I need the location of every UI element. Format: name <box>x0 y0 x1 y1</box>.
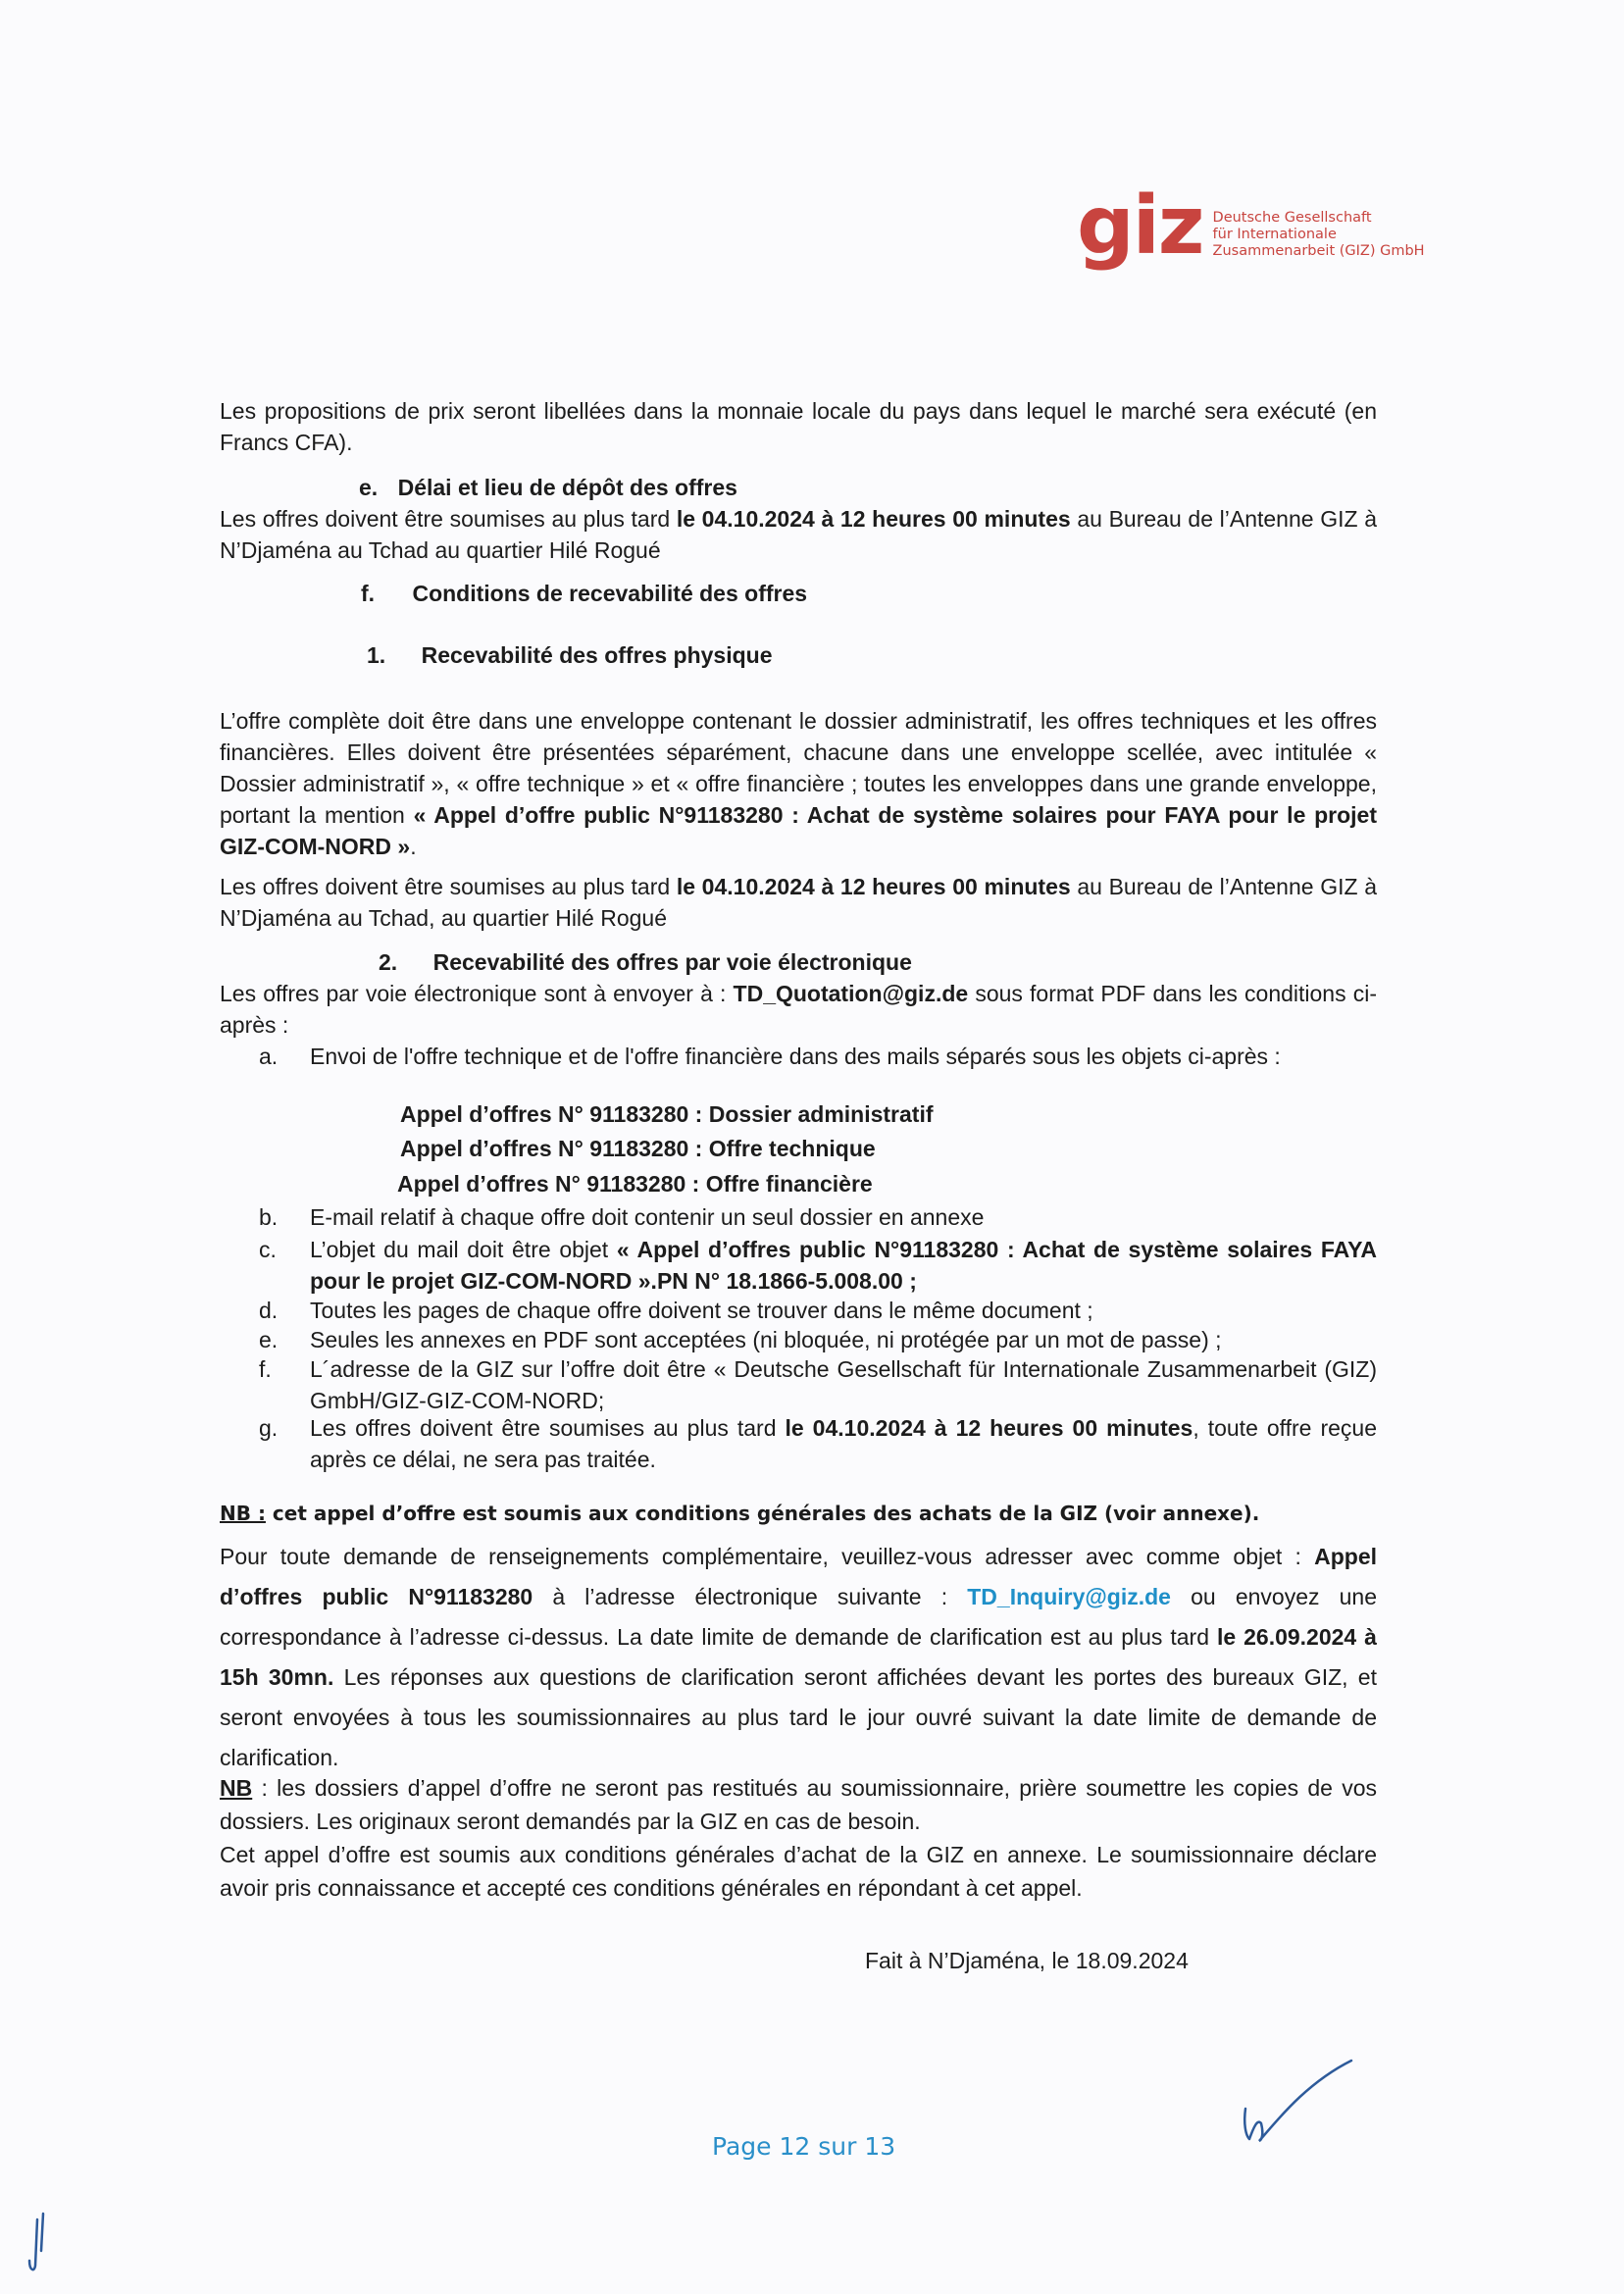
section-e-deadline: le 04.10.2024 à 12 heures 00 minutes <box>677 506 1071 532</box>
subject-technical: Appel d’offres N° 91183280 : Offre techn… <box>400 1133 876 1164</box>
list-text: L´adresse de la GIZ sur l’offre doit êtr… <box>310 1353 1377 1416</box>
inquiry-line1: Pour toute demande de renseignements com… <box>220 1544 1301 1569</box>
sub2-number: 2. <box>379 949 397 975</box>
sub1-paragraph-1: L’offre complète doit être dans une enve… <box>220 705 1377 862</box>
list-item-g: g. Les offres doivent être soumises au p… <box>259 1412 1377 1475</box>
inquiry-paragraph: Pour toute demande de renseignements com… <box>220 1537 1377 1778</box>
logo-line-1: Deutsche Gesellschaft <box>1213 210 1425 227</box>
sub1-para2-pre: Les offres doivent être soumises au plus… <box>220 874 677 899</box>
sub1-heading: 1. Recevabilité des offres physique <box>367 639 772 671</box>
intro-text: Les propositions de prix seront libellée… <box>220 395 1377 458</box>
list-letter: g. <box>259 1412 310 1475</box>
sub1-title: Recevabilité des offres physique <box>422 642 773 668</box>
giz-logo-mark: giz <box>1077 192 1203 261</box>
nb2-text2: Cet appel d’offre est soumis aux conditi… <box>220 1838 1377 1905</box>
initial-mark-icon <box>22 2212 51 2280</box>
section-e-letter: e. <box>359 475 378 500</box>
logo-line-2: für Internationale <box>1213 227 1425 243</box>
nb-text: cet appel d’offre est soumis aux conditi… <box>266 1502 1259 1525</box>
section-e-heading: e. Délai et lieu de dépôt des offres <box>359 472 737 503</box>
inquiry-post2: Les réponses aux questions de clarificat… <box>220 1664 1377 1770</box>
sub2-intro-pre: Les offres par voie électronique sont à … <box>220 981 734 1006</box>
list-text: E-mail relatif à chaque offre doit conte… <box>310 1201 1377 1233</box>
intro-paragraph: Les propositions de prix seront libellée… <box>220 395 1377 458</box>
section-e-paragraph: Les offres doivent être soumises au plus… <box>220 503 1377 566</box>
sub1-number: 1. <box>367 642 385 668</box>
section-e-text-pre: Les offres doivent être soumises au plus… <box>220 506 677 532</box>
list-text-pre: Les offres doivent être soumises au plus… <box>310 1415 786 1441</box>
place-date: Fait à N’Djaména, le 18.09.2024 <box>865 1948 1189 1974</box>
list-text: Toutes les pages de chaque offre doivent… <box>310 1295 1377 1326</box>
list-letter: a. <box>259 1041 310 1072</box>
nb-conditions: NB : cet appel d’offre est soumis aux co… <box>220 1498 1377 1529</box>
section-f-title: Conditions de recevabilité des offres <box>412 581 807 606</box>
section-e-title: Délai et lieu de dépôt des offres <box>398 475 737 500</box>
list-text-pre: L’objet du mail doit être objet <box>310 1237 617 1262</box>
nb-label: NB : <box>220 1502 266 1525</box>
list-item-f: f. L´adresse de la GIZ sur l’offre doit … <box>259 1353 1377 1416</box>
signature-icon <box>1236 2055 1373 2153</box>
nb-dossiers: NB : les dossiers d’appel d’offre ne ser… <box>220 1771 1377 1905</box>
list-letter: b. <box>259 1201 310 1233</box>
list-letter: d. <box>259 1295 310 1326</box>
sub2-title: Recevabilité des offres par voie électro… <box>433 949 912 975</box>
subject-financial: Appel d’offres N° 91183280 : Offre finan… <box>397 1168 873 1199</box>
nb2-text: : les dossiers d’appel d’offre ne seront… <box>220 1775 1377 1834</box>
quotation-email[interactable]: TD_Quotation@giz.de <box>734 981 969 1006</box>
list-text: Seules les annexes en PDF sont acceptées… <box>310 1324 1377 1355</box>
list-text: Envoi de l'offre technique et de l'offre… <box>310 1041 1377 1072</box>
page-number: Page 12 sur 13 <box>712 2132 895 2161</box>
list-letter: e. <box>259 1324 310 1355</box>
list-item-c: c. L’objet du mail doit être objet « App… <box>259 1234 1377 1297</box>
subject-administrative: Appel d’offres N° 91183280 : Dossier adm… <box>400 1098 934 1130</box>
logo-line-3: Zusammenarbeit (GIZ) GmbH <box>1213 243 1425 260</box>
section-f-heading: f. Conditions de recevabilité des offres <box>361 578 807 609</box>
list-item-b: b. E-mail relatif à chaque offre doit co… <box>259 1201 1377 1233</box>
sub2-intro: Les offres par voie électronique sont à … <box>220 978 1377 1041</box>
list-letter: c. <box>259 1234 310 1297</box>
giz-logo: giz Deutsche Gesellschaft für Internatio… <box>1077 192 1425 261</box>
list-item-d: d. Toutes les pages de chaque offre doiv… <box>259 1295 1377 1326</box>
list-letter: f. <box>259 1353 310 1416</box>
inquiry-email-link[interactable]: TD_Inquiry@giz.de <box>967 1584 1171 1609</box>
final-deadline: le 04.10.2024 à 12 heures 00 minutes <box>786 1415 1193 1441</box>
sub2-heading: 2. Recevabilité des offres par voie élec… <box>379 946 912 978</box>
sub1-paragraph-2: Les offres doivent être soumises au plus… <box>220 871 1377 934</box>
sub1-para1-post: . <box>410 834 416 859</box>
section-f-letter: f. <box>361 581 375 606</box>
giz-logo-text: Deutsche Gesellschaft für Internationale… <box>1213 210 1425 260</box>
list-item-a: a. Envoi de l'offre technique et de l'of… <box>259 1041 1377 1072</box>
inquiry-mid: à l’adresse électronique suivante : <box>533 1584 967 1609</box>
list-item-e: e. Seules les annexes en PDF sont accept… <box>259 1324 1377 1355</box>
sub1-deadline: le 04.10.2024 à 12 heures 00 minutes <box>677 874 1071 899</box>
nb2-label: NB <box>220 1775 252 1801</box>
